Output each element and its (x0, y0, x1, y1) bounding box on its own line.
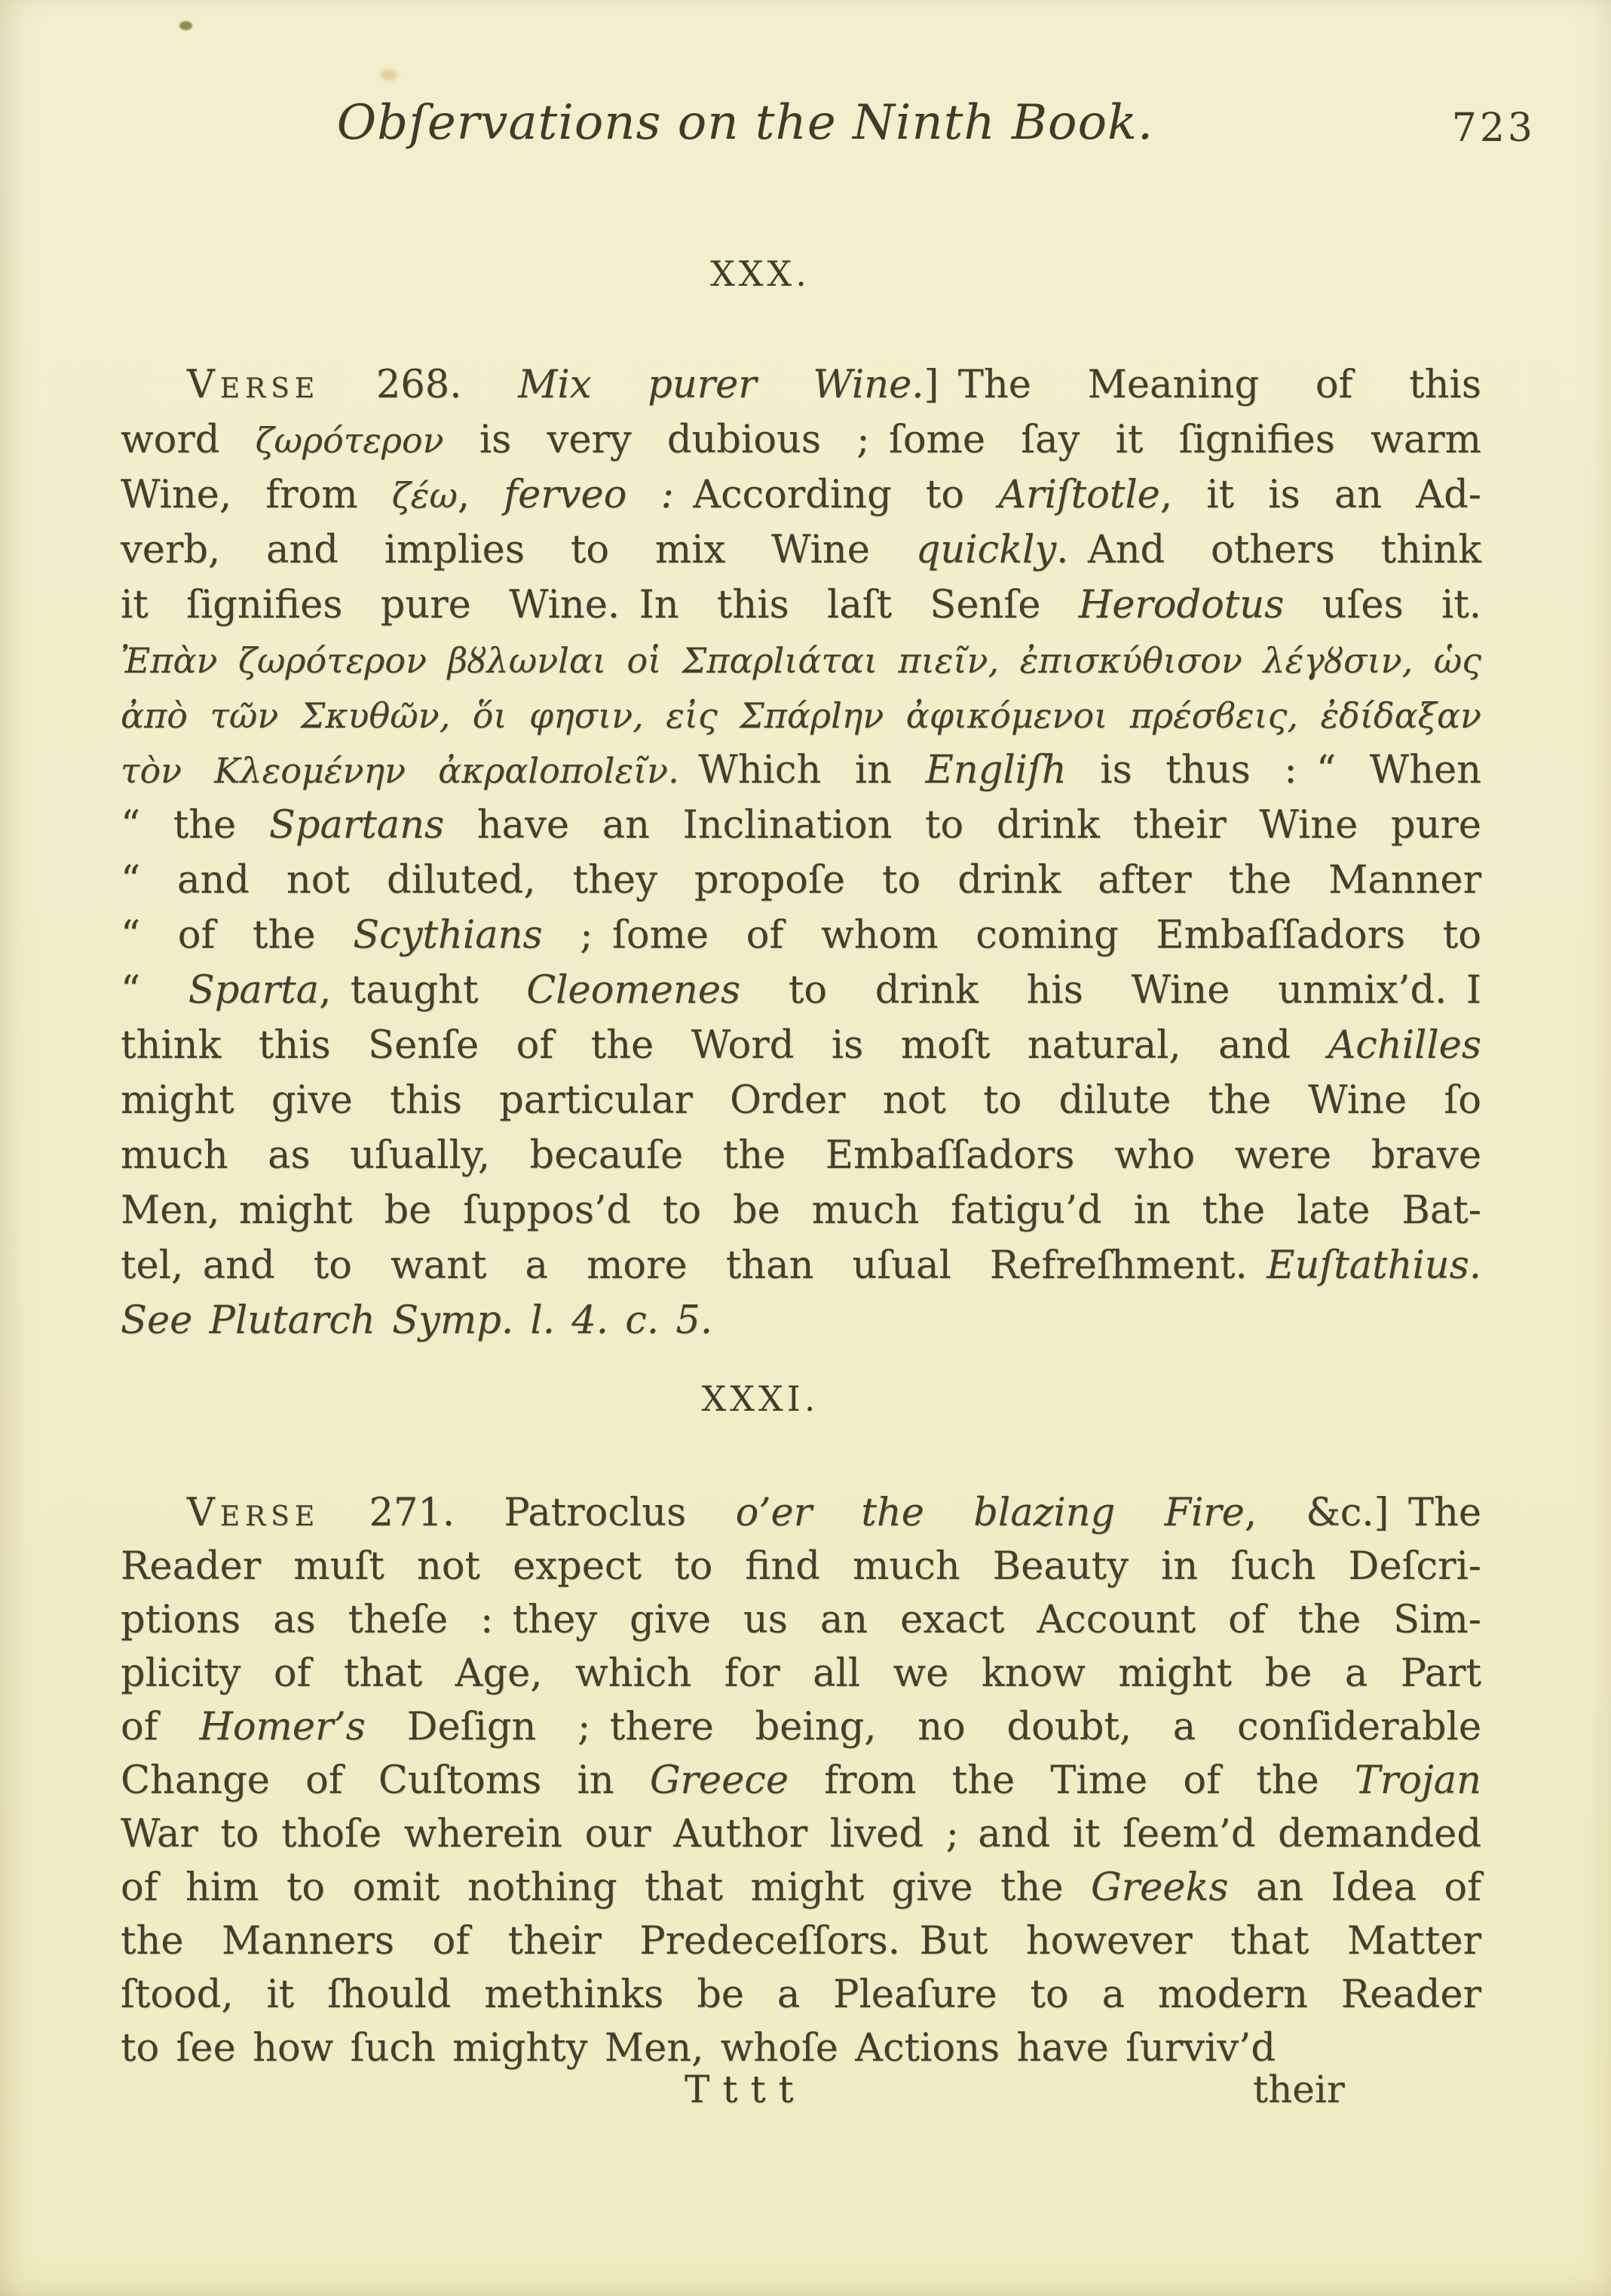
italic-text: Trojan (1355, 1758, 1481, 1803)
roman-text: have an Inclination to drink their Wine … (444, 803, 1481, 848)
italic-text: quickly (916, 528, 1056, 572)
running-title: Obſervations on the Ninth Book. (0, 95, 1551, 151)
roman-text: War to thoſe wherein our Author lived ; … (121, 1812, 1481, 1856)
italic-text: See Plutarch Symp. l. 4. c. 5. (121, 1298, 712, 1343)
roman-text: ſtood, it ſhould methinks be a Pleaſure … (121, 1973, 1481, 2017)
text-line: ſtood, it ſhould methinks be a Pleaſure … (121, 1968, 1481, 2022)
italic-text: o’er the blazing Fire (736, 1491, 1245, 1535)
greek-text: τὸν Κλεομένην ἀκραlοποlεῖν. (121, 750, 679, 791)
roman-text: of (121, 1705, 199, 1749)
text-line: ptions as theſe : they give us an exact … (121, 1593, 1481, 1647)
text-line: “ and not diluted, they propoſe to drink… (121, 853, 1481, 908)
roman-text: , &c.] The (1245, 1491, 1481, 1535)
paper-stain (381, 69, 397, 81)
section-body: Verse 271. Patroclus o’er the blazing Fi… (121, 1486, 1481, 2075)
page-number: 723 (1452, 106, 1536, 151)
italic-text: Achilles (1328, 1023, 1481, 1068)
roman-text: it ſignifies pure Wine. In this laſt Sen… (121, 583, 1079, 627)
roman-text: verb, and implies to mix Wine (121, 528, 916, 572)
text-line: verb, and implies to mix Wine quickly. A… (121, 523, 1481, 578)
roman-text: is very dubious ; ſome ſay it ſignifies … (444, 418, 1481, 462)
text-line: of him to omit nothing that might give t… (121, 1861, 1481, 1914)
roman-text: to drink his Wine unmix’d. I (740, 968, 1481, 1013)
text-line: might give this particular Order not to … (121, 1073, 1481, 1128)
italic-text: Engliſh (926, 748, 1067, 792)
section-heading: XXXI. (0, 1378, 1566, 1419)
roman-text: ; ſome of whom coming Embaſſadors to (543, 913, 1481, 958)
italic-text: Homer’s (199, 1705, 366, 1749)
text-line: plicity of that Age, which for all we kn… (121, 1647, 1481, 1700)
roman-text: of him to omit nothing that might give t… (121, 1865, 1091, 1910)
greek-text: Ἐπὰν ζωρότερον βȣλωνlαι οἱ Σπαρlιάται πι… (121, 640, 1481, 681)
book-page: Obſervations on the Ninth Book. 723 XXX.… (0, 0, 1611, 2296)
roman-text: , it is an Ad- (1160, 473, 1481, 517)
text-line: Wine, from ζέω, ferveo : According to Ar… (121, 467, 1481, 523)
italic-text: Herodotus (1079, 583, 1285, 627)
roman-text: Men, might be ſuppos’d to be much fatigu… (121, 1188, 1481, 1233)
italic-text: Mix purer Wine. (518, 363, 923, 407)
roman-text: uſes it. (1284, 583, 1481, 627)
roman-text: 268. (320, 363, 518, 407)
smallcaps-text: Verse (187, 1491, 320, 1535)
roman-text: might give this particular Order not to … (121, 1078, 1481, 1123)
roman-text: ptions as theſe : they give us an exact … (121, 1598, 1481, 1642)
roman-text: an Idea of (1229, 1865, 1481, 1910)
roman-text: Which in (679, 748, 926, 792)
roman-text: word (121, 418, 256, 462)
section-body: Verse 268. Mix purer Wine.] The Meaning … (121, 357, 1481, 1348)
roman-text: “ of the (121, 913, 353, 958)
roman-text: 271. Patroclus (320, 1491, 735, 1535)
text-line: “ Sparta, taught Cleomenes to drink his … (121, 963, 1481, 1018)
text-line: ἀπὸ τῶν Σκυθῶν, ὅι φησιν, εἰς Σπάρlην ἀφ… (121, 688, 1481, 743)
roman-text: . And others think (1056, 528, 1481, 572)
roman-text: Wine, from (121, 473, 392, 517)
text-line: Verse 271. Patroclus o’er the blazing Fi… (121, 1486, 1481, 1540)
roman-text: think this Senſe of the Word is moſt nat… (121, 1023, 1328, 1068)
text-line: Reader muſt not expect to find much Beau… (121, 1540, 1481, 1593)
text-line: Verse 268. Mix purer Wine.] The Meaning … (121, 357, 1481, 412)
roman-text: is thus : “ When (1067, 748, 1481, 792)
italic-text: Ariſtotle (998, 473, 1160, 517)
roman-text: to ſee how ſuch mighty Men, whoſe Action… (121, 2026, 1276, 2071)
italic-text: Sparta (188, 968, 319, 1013)
text-line: the Manners of their Predeceſſors. But h… (121, 1914, 1481, 1968)
text-line: Ἐπὰν ζωρότερον βȣλωνlαι οἱ Σπαρlιάται πι… (121, 633, 1481, 688)
text-line: tel, and to want a more than uſual Refre… (121, 1238, 1481, 1293)
italic-text: Cleomenes (526, 968, 740, 1013)
roman-text: , taught (319, 968, 526, 1013)
section-heading: XXX. (0, 253, 1566, 294)
roman-text: , (458, 473, 504, 517)
text-line: Men, might be ſuppos’d to be much fatigu… (121, 1183, 1481, 1238)
italic-text: ferveo : (504, 473, 673, 517)
roman-text: “ (121, 968, 188, 1013)
page-footer: Tttt their (121, 2068, 1481, 2120)
italic-text: Euſtathius. (1266, 1243, 1481, 1288)
roman-text: much as uſually, becauſe the Embaſſadors… (121, 1133, 1481, 1178)
roman-text: plicity of that Age, which for all we kn… (121, 1651, 1481, 1696)
roman-text: “ the (121, 803, 269, 848)
text-line: Change of Cuſtoms in Greece from the Tim… (121, 1754, 1481, 1807)
greek-text: ζωρότερον (256, 420, 444, 461)
text-line: “ the Spartans have an Inclination to dr… (121, 798, 1481, 853)
text-line: much as uſually, becauſe the Embaſſadors… (121, 1128, 1481, 1183)
text-line: of Homer’s Deſign ; there being, no doub… (121, 1700, 1481, 1754)
text-line: See Plutarch Symp. l. 4. c. 5. (121, 1293, 1481, 1348)
text-line: think this Senſe of the Word is moſt nat… (121, 1018, 1481, 1073)
text-line: War to thoſe wherein our Author lived ; … (121, 1807, 1481, 1861)
paper-speck (179, 21, 192, 30)
text-line: τὸν Κλεομένην ἀκραlοποlεῖν. Which in Eng… (121, 743, 1481, 798)
text-line: it ſignifies pure Wine. In this laſt Sen… (121, 578, 1481, 633)
roman-text: ] The Meaning of this (923, 363, 1481, 407)
text-line: “ of the Scythians ; ſome of whom coming… (121, 908, 1481, 963)
roman-text: the Manners of their Predeceſſors. But h… (121, 1919, 1481, 1963)
smallcaps-text: Verse (187, 363, 320, 407)
greek-text: ζέω (392, 475, 458, 516)
italic-text: Spartans (269, 803, 444, 848)
roman-text: Deſign ; there being, no doubt, a conſid… (366, 1705, 1481, 1749)
text-line: word ζωρότερον is very dubious ; ſome ſa… (121, 412, 1481, 467)
roman-text: “ and not diluted, they propoſe to drink… (121, 858, 1481, 903)
roman-text: Change of Cuſtoms in (121, 1758, 650, 1803)
roman-text: tel, and to want a more than uſual Refre… (121, 1243, 1266, 1288)
greek-text: ἀπὸ τῶν Σκυθῶν, ὅι φησιν, εἰς Σπάρlην ἀφ… (121, 695, 1481, 736)
roman-text: According to (674, 473, 999, 517)
roman-text: Reader muſt not expect to find much Beau… (121, 1544, 1481, 1589)
italic-text: Greece (650, 1758, 789, 1803)
roman-text: from the Time of the (789, 1758, 1355, 1803)
italic-text: Scythians (353, 913, 542, 958)
signature-mark: Tttt (685, 2068, 807, 2111)
catchword: their (1253, 2068, 1345, 2111)
italic-text: Greeks (1091, 1865, 1229, 1910)
